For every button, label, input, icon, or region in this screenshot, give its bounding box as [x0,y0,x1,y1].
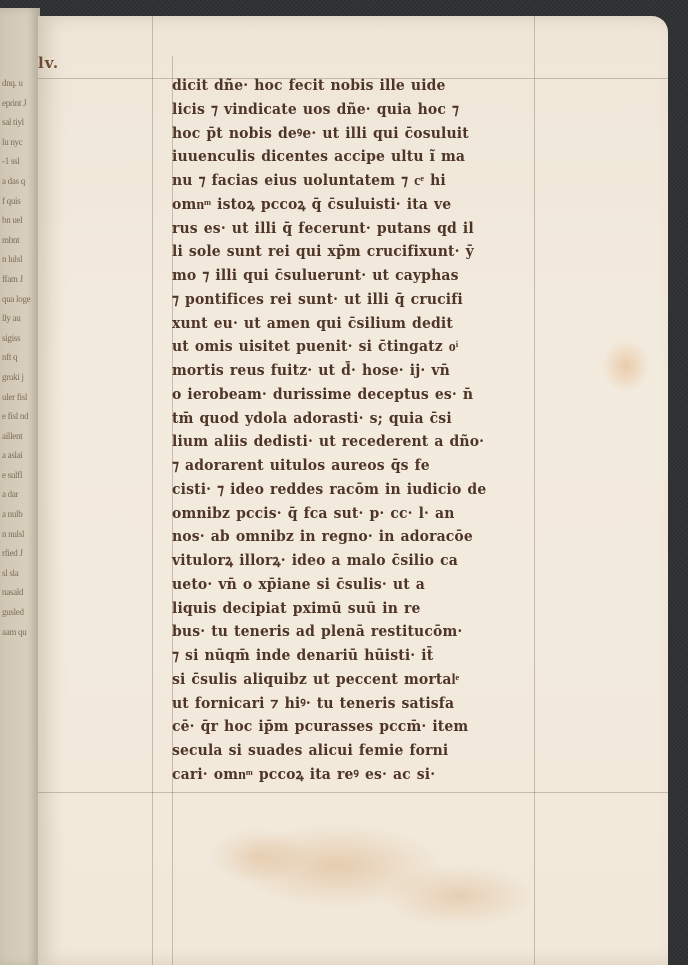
manuscript-line: omnͫ istoꝝ pccoꝝ q̄ c̄suluisti· ita ve [172,193,538,217]
manuscript-line: secula si suades alicui femie forni [172,739,538,763]
facing-text-line: rfied J [2,544,36,564]
facing-text-line: e sulfl [2,466,36,486]
facing-text-line: nft q [2,348,36,368]
folio-number: lv. [38,54,59,72]
facing-page-text: dnq. ueprint Jsal tiyllu nyc-1 ssla das … [2,74,36,642]
manuscript-line: li sole sunt rei qui xp̄m crucifixunt· ȳ [172,240,538,264]
manuscript-line: liquis decipiat pximū suū in re [172,597,538,621]
manuscript-line: ⁊ si nūqm̄ inde denariū hūisti· it̄ [172,644,538,668]
manuscript-line: xunt eu· ut amen qui c̄silium dedit [172,312,538,336]
manuscript-line: si c̄sulis aliquibz ut peccent mortalͤ [172,668,538,692]
facing-text-line: lu nyc [2,133,36,153]
facing-text-line: gusled [2,603,36,623]
facing-text-line: a nulb [2,505,36,525]
facing-text-line: mbnt [2,231,36,251]
facing-text-line: aam qu [2,623,36,643]
manuscript-line: cē· q̄r hoc ip̄m pcurasses pccm̄· item [172,715,538,739]
manuscript-line: ⁊ adorarent uitulos aureos q̄s fe [172,454,538,478]
manuscript-line: ueto· vn̄ o xp̄iane si c̄sulis· ut a [172,573,538,597]
manuscript-line: ut fornicari ⁊ hiꝰ· tu teneris satisfa [172,692,538,716]
manuscript-line: ⁊ pontifices rei sunt· ut illi q̄ crucif… [172,288,538,312]
manuscript-line: omnibz pccis· q̄ fca sut· p· cc· l· an [172,502,538,526]
manuscript-line: mo ⁊ illi qui c̄suluerunt· ut cayphas [172,264,538,288]
manuscript-line: tm̄ quod ydola adorasti· s; quia c̄si [172,407,538,431]
facing-text-line: sl sla [2,564,36,584]
facing-page-edge: dnq. ueprint Jsal tiyllu nyc-1 ssla das … [0,8,40,965]
manuscript-line: dicit dñe· hoc fecit nobis ille uide [172,74,538,98]
manuscript-line: hoc p̄t nobis deꝰe· ut illi qui c̄osului… [172,122,538,146]
manuscript-line: iuuenculis dicentes accipe ultu ĩ ma [172,145,538,169]
facing-text-line: uler fisl [2,388,36,408]
manuscript-line: licis ⁊ vindicate uos dñe· quia hoc ⁊ [172,98,538,122]
facing-text-line: n nulsl [2,525,36,545]
manuscript-line: o ierobeam· durissime deceptus es· n̄ [172,383,538,407]
main-text-block: dicit dñe· hoc fecit nobis ille uidelici… [172,74,552,787]
facing-text-line: dnq. u [2,74,36,94]
facing-text-line: lly au [2,309,36,329]
manuscript-line: cari· omnͫ pccoꝝ ita reꝰ es· ac si· [172,763,538,787]
facing-text-line: eprint J [2,94,36,114]
manuscript-line: vitulorꝝ illorꝝ· ideo a malo c̄silio ca [172,549,538,573]
facing-text-line: -1 ssl [2,152,36,172]
facing-text-line: gruki j [2,368,36,388]
facing-text-line: qua loge [2,290,36,310]
ruling-bottom [38,792,668,793]
manuscript-line: ut omis uisitet puenit· si c̄tingatz oͥ [172,335,538,359]
manuscript-line: rus es· ut illi q̄ fecerunt· putans qd i… [172,217,538,241]
facing-text-line: f quis [2,192,36,212]
manuscript-line: bus· tu teneris ad plenā restitucōm· [172,620,538,644]
facing-text-line: e fisl nd [2,407,36,427]
manuscript-line: cisti· ⁊ ideo reddes racōm in iudicio de [172,478,538,502]
manuscript-line: nos· ab omnibz in regno· in adoracōe [172,525,538,549]
facing-text-line: a aslai [2,446,36,466]
facing-text-line: n lulsl [2,250,36,270]
manuscript-line: lium aliis dedisti· ut recederent a dño· [172,430,538,454]
manuscript-line: mortis reus fuitz· ut d̄· hose· ij· vn̄ [172,359,538,383]
ruling-outer-left [152,16,153,965]
facing-text-line: nasald [2,583,36,603]
facing-text-line: ffam J [2,270,36,290]
facing-text-line: a dar [2,485,36,505]
facing-text-line: aillent [2,427,36,447]
manuscript-page: lv. dicit dñe· hoc fecit nobis ille uide… [38,16,668,965]
facing-text-line: sigiss [2,329,36,349]
facing-text-line: a das q [2,172,36,192]
facing-text-line: sal tiyl [2,113,36,133]
facing-text-line: bn uel [2,211,36,231]
manuscript-line: nu ⁊ facias eius uoluntatem ⁊ cͤ hi [172,169,538,193]
